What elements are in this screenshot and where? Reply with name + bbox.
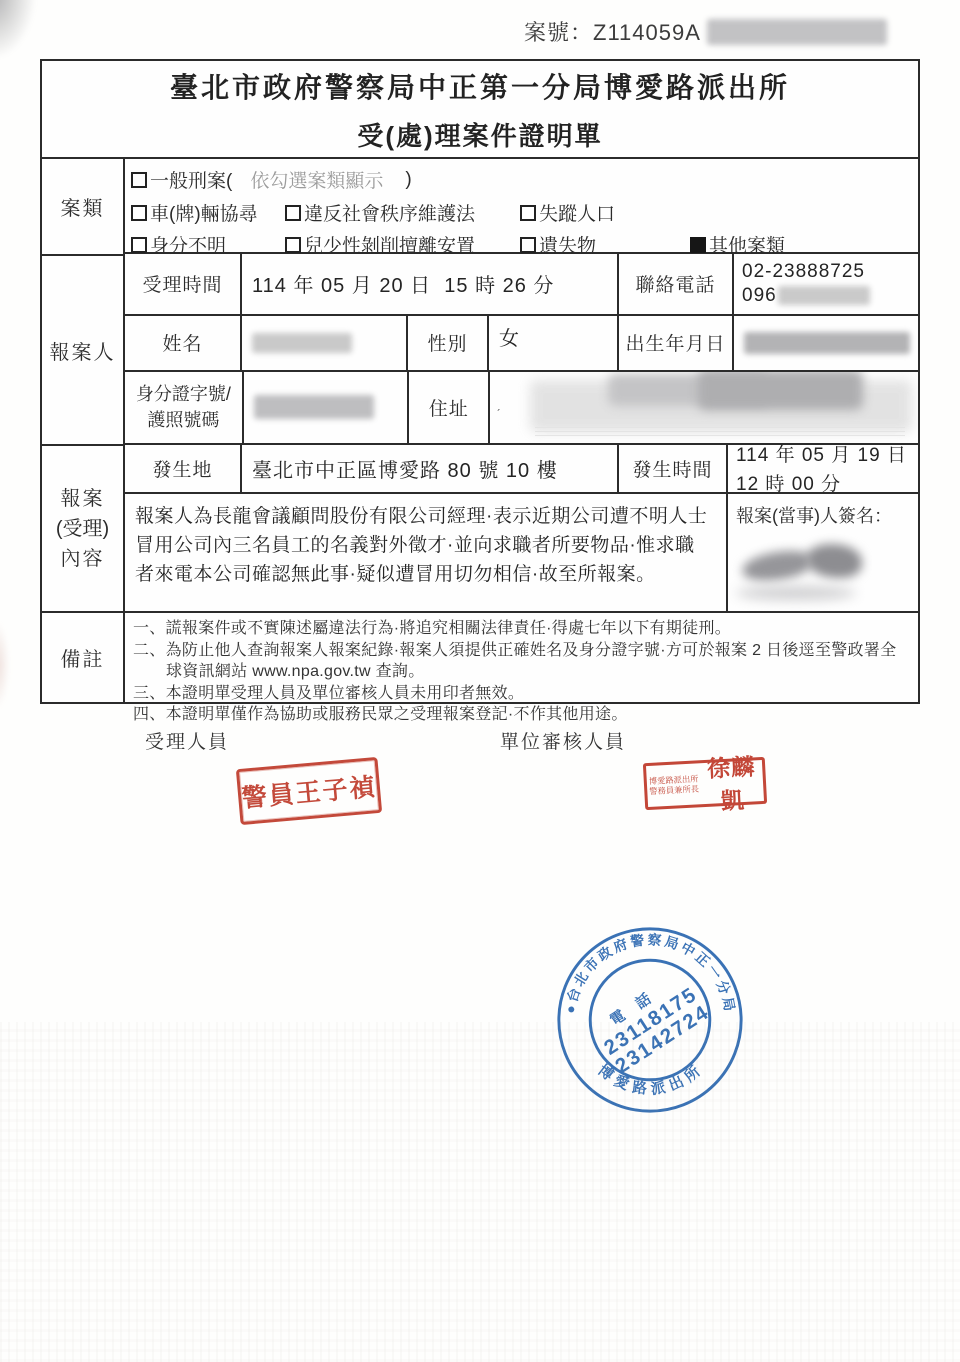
section-label-notes: 備註 [42,611,125,702]
case-number-text: 案號：Z114059A [524,16,701,47]
phone-redaction [778,286,870,305]
address-label: 住址 [409,372,490,443]
note-item: 二、為防止他人查詢報案人報案紀錄·報案人須提供正確姓名及身分證字號·方可於報案 … [133,640,910,683]
notes-cell: 一、謊報案件或不實陳述屬違法行為·將追究相關法律責任·得處七年以下有期徒刑。 二… [125,611,918,702]
case-type-hint: 依勾選案類顯示 [250,166,383,193]
birth-date-value [734,316,918,370]
checkbox-icon [285,205,301,221]
signature-redaction [806,544,862,578]
reviewer-stamp-title: 博愛路派出所 警務員兼所長 [649,774,700,797]
report-content: 報案人為長龍會議顧問股份有限公司經理·表示近期公司遭不明人士冒用公司內三名員工的… [125,494,728,611]
note-item: 四、本證明單僅作為協助或服務民眾之受理報案登記·不作其他用途。 [133,704,910,726]
section-label-reporter: 報案人 [42,254,125,444]
case-type-missing-person: 失蹤人口 [520,199,615,226]
accept-time-label: 受理時間 [125,254,242,314]
section-label-case-type: 案類 [42,159,125,254]
checkbox-icon [520,237,536,253]
address-redaction-lines [535,426,905,436]
case-type-cell: 一般刑案( 依勾選案類顯示 ) 車(牌)輛協尋 違反社會秩序維護法 [125,159,918,252]
id-number-value [244,372,410,443]
case-type-vehicle: 車(牌)輛協尋 [131,199,285,226]
gender-value: 女 [489,316,619,370]
accepting-officer-label: 受理人員 [145,727,229,754]
report-form-table: 臺北市政府警察局中正第一分局博愛路派出所 受(處)理案件證明單 案類 報案人 報… [40,59,920,704]
address-redaction-blob [698,372,863,410]
note-item: 一、謊報案件或不實陳述屬違法行為·將追究相關法律責任·得處七年以下有期徒刑。 [133,618,910,640]
form-title: 臺北市政府警察局中正第一分局博愛路派出所 [170,66,790,106]
paper-bleed-texture [0,1022,960,1362]
name-label: 姓名 [125,316,242,370]
pen-tick-mark: ˊ [496,406,501,422]
case-type-unknown-identity: 身分不明 [131,231,285,258]
reviewer-name-stamp: 博愛路派出所 警務員兼所長 徐麟凱 [643,757,767,810]
scanned-police-report-page: 案號：Z114059A 臺北市政府警察局中正第一分局博愛路派出所 受(處)理案件… [0,0,960,1362]
note-item: 三、本證明單受理人員及單位審核人員未用印者無效。 [133,683,910,705]
scan-corner-smudge [0,0,38,62]
incident-time-value: 114 年 05 月 19 日 12 時 00 分 [728,445,918,492]
case-number: 案號：Z114059A [524,16,887,47]
signature-redaction [741,548,814,583]
checkbox-icon [131,237,147,253]
contact-phone-label: 聯絡電話 [619,254,734,314]
name-value [242,316,408,370]
signature-label: 報案(當事)人簽名： [736,506,892,526]
signature-cell: 報案(當事)人簽名： [728,494,918,611]
name-redaction [252,333,352,353]
form-header: 臺北市政府警察局中正第一分局博愛路派出所 受(處)理案件證明單 [42,61,918,159]
signature-redaction [736,586,856,600]
case-type-lost-property: 遺失物 [520,231,690,258]
checkbox-checked-icon [690,237,706,253]
scan-edge-smear [0,620,10,710]
case-type-social-order: 違反社會秩序維護法 [285,199,520,226]
checkbox-icon [131,205,147,221]
case-number-redaction [707,19,887,45]
unit-reviewer-label: 單位審核人員 [500,727,626,754]
case-type-other: 其他案類 [690,231,785,258]
station-round-stamp-icon: ●台北市政府警察局中正一分局 博愛路派出所 電 話 23118175 23142… [552,922,748,1118]
incident-location-label: 發生地 [125,445,242,492]
gender-label: 性別 [408,316,489,370]
section-label-column: 案類 報案人 報案 (受理) 內容 備註 [42,159,125,702]
checkbox-icon [285,237,301,253]
officer-name-stamp: 警員王子禎 [236,757,382,825]
incident-time-label: 發生時間 [619,445,728,492]
case-type-general: 一般刑案( 依勾選案類顯示 ) [131,166,412,193]
checkbox-icon [520,205,536,221]
id-number-redaction [254,395,374,419]
id-number-label: 身分證字號/ 護照號碼 [125,372,244,443]
form-subtitle: 受(處)理案件證明單 [357,116,602,153]
case-type-child-protection: 兒少性剝削擅離安置 [285,231,520,258]
address-value: ˊ [490,372,918,443]
birth-date-redaction [744,332,910,354]
birth-date-label: 出生年月日 [619,316,734,370]
contact-phone-value: 02-23888725 096 [734,254,918,314]
incident-location-value: 臺北市中正區博愛路 80 號 10 樓 [242,445,619,492]
accept-time-value: 114 年 05 月 20 日 15 時 26 分 [242,254,619,314]
section-label-incident: 報案 (受理) 內容 [42,444,125,611]
checkbox-icon [131,172,147,188]
reviewer-stamp-name: 徐麟凱 [701,748,762,817]
